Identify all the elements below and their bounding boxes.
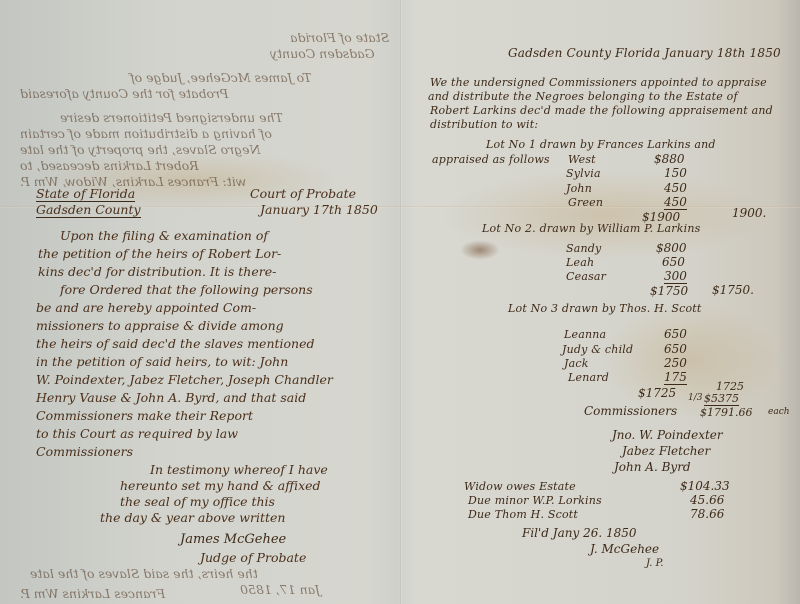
bleed-through-line: The undersigned Petitioners desire xyxy=(60,110,283,125)
lot-side-total: 1900. xyxy=(732,206,766,220)
order-body-line: the heirs of said dec'd the slaves menti… xyxy=(36,336,315,351)
intro-line: We the undersigned Commissioners appoint… xyxy=(430,76,767,89)
dateline: Gadsden County Florida January 18th 1850 xyxy=(508,46,781,60)
paper-stain xyxy=(460,240,500,260)
intro-line: and distribute the Negroes belonging to … xyxy=(428,90,738,103)
adjustment-value: 45.66 xyxy=(690,493,724,507)
lot-heading: Lot No 2. drawn by William P. Larkins xyxy=(482,222,700,235)
lot-heading: Lot No 3 drawn by Thos. H. Scott xyxy=(508,302,702,315)
order-heading-court: Court of Probate xyxy=(250,186,356,201)
commissioner-signature: Jabez Fletcher xyxy=(622,444,710,458)
summary-divisor: 1/3 xyxy=(688,393,702,403)
bleed-through-line: of having a distribution made of certain xyxy=(20,126,272,141)
lot-item-value: 250 xyxy=(664,356,687,370)
lot-subheading: appraised as follows xyxy=(432,153,550,166)
lot-item-name: Judy & child xyxy=(562,343,633,356)
order-body-line: kins dec'd for distribution. It is there… xyxy=(38,264,276,279)
lot-item-value: 450 xyxy=(664,195,687,210)
lot-item-value: $800 xyxy=(656,241,687,255)
lot-side-total: $1750. xyxy=(712,283,754,297)
bleed-through-line: Negro Slaves, the property of the late xyxy=(20,142,260,157)
commissioner-signature: John A. Byrd xyxy=(614,460,691,474)
order-heading-county: Gadsden County xyxy=(36,202,141,218)
lot-item-name: John xyxy=(566,182,592,195)
lot-item-value: 450 xyxy=(664,181,687,195)
order-body-line: in the petition of said heirs, to wit: J… xyxy=(36,354,288,369)
lot-item-value: 175 xyxy=(664,370,687,385)
lot-item-name: Sylvia xyxy=(566,167,601,180)
lot-item-value: $880 xyxy=(654,152,685,166)
order-heading-state: State of Florida xyxy=(36,186,135,202)
judge-signature: James McGehee xyxy=(180,532,286,547)
lot-item-value: 300 xyxy=(664,269,687,284)
order-heading-date: January 17th 1850 xyxy=(260,202,378,217)
filed-signature: J. McGehee xyxy=(590,542,659,556)
adjustment-label: Due Thom H. Scott xyxy=(468,508,578,521)
lot-item-name: Leanna xyxy=(564,328,606,341)
summary-share-note: each xyxy=(768,407,790,417)
bleed-through-line: State of Florida xyxy=(290,30,389,45)
lot-item-name: West xyxy=(568,153,596,166)
lot-item-value: 150 xyxy=(664,166,687,180)
order-body-line: to this Court as required by law xyxy=(36,426,238,441)
filed-title: J. P. xyxy=(646,558,663,569)
bleed-through-line: Robert Larkins deceased, to xyxy=(20,158,199,173)
order-body-line: fore Ordered that the following persons xyxy=(60,282,313,297)
judge-title: Judge of Probate xyxy=(200,550,306,565)
testimony-line: the seal of my office this xyxy=(120,494,275,509)
lot-total: $1750 xyxy=(650,284,688,298)
adjustment-label: Due minor W.P. Lorkins xyxy=(468,494,602,507)
order-body-line: missioners to appraise & divide among xyxy=(36,318,284,333)
order-body-line: W. Poindexter, Jabez Fletcher, Joseph Ch… xyxy=(36,372,333,387)
lot-item-value: 650 xyxy=(664,327,687,341)
bleed-through-line: Probate for the County aforesaid xyxy=(20,86,228,101)
adjustment-label: Widow owes Estate xyxy=(464,480,576,493)
filed-date: Fil'd Jany 26. 1850 xyxy=(522,526,637,540)
adjustment-value: 78.66 xyxy=(690,507,724,521)
testimony-line: the day & year above written xyxy=(100,510,285,525)
bleed-through-line: Jan 17, 1850 xyxy=(240,582,320,597)
bleed-through-line: Gadsden County xyxy=(270,46,375,61)
center-fold xyxy=(400,0,402,604)
lot-item-name: Ceasar xyxy=(566,270,606,283)
lot-heading: Lot No 1 drawn by Frances Larkins and xyxy=(486,138,716,151)
order-body-line: the petition of the heirs of Robert Lor- xyxy=(38,246,281,261)
bleed-through-line: Frances Larkins Wm P. xyxy=(20,586,165,601)
commissioner-signature: Jno. W. Poindexter xyxy=(612,428,723,442)
testimony-line: In testimony whereof I have xyxy=(150,462,328,477)
lot-item-name: Leah xyxy=(566,256,594,269)
order-body-line: Commissioners make their Report xyxy=(36,408,253,423)
intro-line: distribution to wit: xyxy=(430,118,538,131)
lot-item-name: Sandy xyxy=(566,242,601,255)
commissioners-label: Commissioners xyxy=(584,404,677,418)
lot-total: $1725 xyxy=(638,386,676,400)
lot-item-name: Green xyxy=(568,196,603,209)
adjustment-value: $104.33 xyxy=(680,479,730,493)
lot-item-value: 650 xyxy=(664,342,687,356)
bleed-through-line: To James McGehee, Judge of xyxy=(130,70,312,85)
bleed-through-line: the heirs, the said Slaves of the late xyxy=(30,566,258,581)
lot-item-name: Lenard xyxy=(568,371,609,384)
lot-item-value: 650 xyxy=(662,255,685,269)
intro-line: Robert Larkins dec'd made the following … xyxy=(430,104,773,117)
order-body-line: be and are hereby appointed Com- xyxy=(36,300,256,315)
summary-share: $1791.66 xyxy=(700,406,753,419)
lot-item-name: Jack xyxy=(564,357,589,370)
manuscript-spread: State of Florida Gadsden County To James… xyxy=(0,0,800,604)
order-body-line: Upon the filing & examination of xyxy=(60,228,268,243)
order-body-line: Henry Vause & John A. Byrd, and that sai… xyxy=(36,390,306,405)
summary-grand-total: $5375 xyxy=(704,392,739,406)
order-body-line: Commissioners xyxy=(36,444,133,459)
testimony-line: hereunto set my hand & affixed xyxy=(120,478,321,493)
